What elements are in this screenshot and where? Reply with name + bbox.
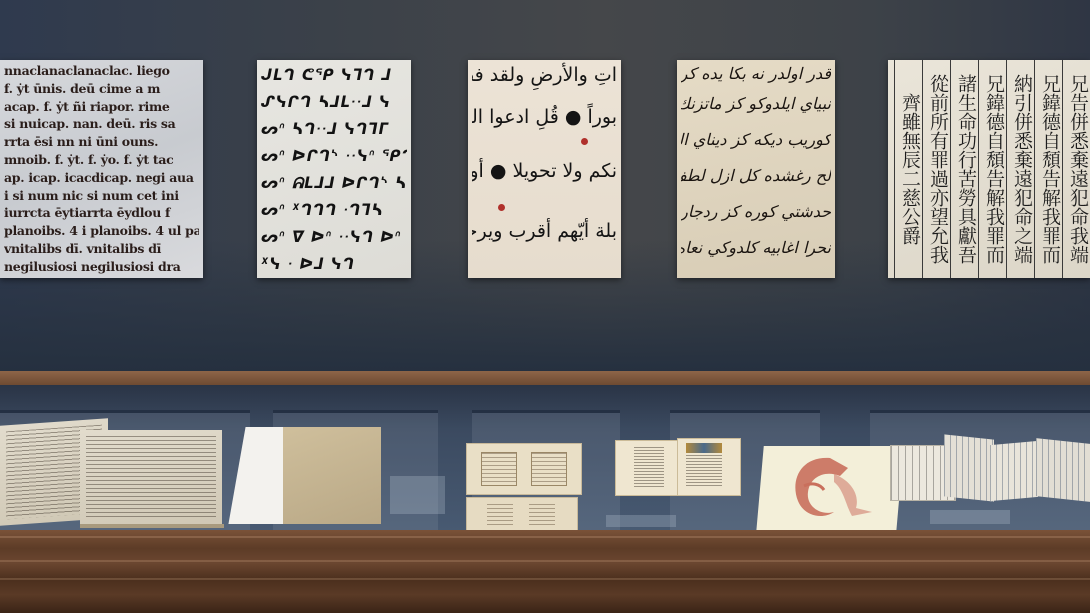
ottoman-manuscript-panel: قدر اولدر نه بكا يده كرده او نبياي ايلدو… <box>677 60 835 278</box>
text-line: negilusiosi negilusiosi dra <box>4 258 199 276</box>
text-line: i si num nic si num cet ini <box>4 187 199 205</box>
text-column: 納引併悉棄遠犯命之端 <box>1006 60 1034 278</box>
text-line: حدشتي كوره كز ردجاردبه <box>681 194 831 230</box>
wood-highlight <box>0 560 1090 562</box>
text-line: لح رغشده كل ازل لطف <box>681 158 831 194</box>
case-wooden-base <box>0 530 1090 613</box>
exhibit-label <box>606 515 676 527</box>
text-line: ᔕᐢ ᐁ ᐅᐢ ᐧᐧᓭᒉ ᐅᐢ <box>261 224 407 251</box>
chinese-woodblock-panel: 兄告併悉棄遠犯命我端 兄鍏德自頹告解我罪而 納引併悉棄遠犯命之端 兄鍏德自頹告解… <box>888 60 1090 278</box>
text-column: 兄鍏德自頹告解我罪而 <box>1034 60 1062 278</box>
arabic-manuscript-leaves <box>466 443 581 531</box>
text-line: acap. f. ẏt ñi riapor. rime <box>4 98 199 116</box>
text-column: 兄告併悉棄遠犯命我端 <box>1062 60 1090 278</box>
open-codex <box>0 420 224 528</box>
text-column: 齊雖無辰二慈公爵 <box>894 60 922 278</box>
text-line: ᔕᐢ ᕁᒉᒉᒉ ᐧᒉᒣᓴ <box>261 197 407 224</box>
text-line: ᔕᐢ ᕱᒪᒧᒧ ᐅᒋᒉᔅ ᓴᐧ <box>261 170 407 197</box>
text-line: بلة أيّهم أقرب ويرجون <box>472 198 617 264</box>
text-line: نكم ولا تحويلا ● أولئ <box>472 144 617 198</box>
latin-manuscript-panel: nnaclanaclanaclac. liego f. ẏt ūnis. deū… <box>0 60 203 278</box>
illuminated-quran <box>615 438 740 496</box>
text-column: 兄鍏德自頹告解我罪而 <box>978 60 1006 278</box>
text-line: نحرا اغابيه كلدوكي نعاه <box>681 230 831 266</box>
text-line: ᔑᓭᒋᒉ ᓴᒧᒪᐧᐧᒧ ᓭ <box>261 89 407 116</box>
text-line: ᕁᓭ ᐧ ᐅᒧ ᓭᒉ <box>261 251 407 278</box>
text-column: 諸生命功行苦勞具獻吾 <box>950 60 978 278</box>
text-line: ᒍᒪᒉ ᕦᕿ ᓭᒣᒉ ᒧ <box>261 62 407 89</box>
text-line: f. ẏt ūnis. deū cime a m <box>4 80 199 98</box>
wood-highlight <box>0 536 1090 538</box>
text-line: si nuicap. nan. deū. ris sa <box>4 115 199 133</box>
case-top-rail <box>0 371 1090 385</box>
text-line: ᔕᐢ ᓴᒉᐧᐧᒧ ᓭᒉᒣᒥ <box>261 116 407 143</box>
exhibit-label <box>390 476 445 514</box>
red-verse-marker-icon <box>498 204 505 211</box>
text-line: بوراً ● قُلِ ادعوا الذين زع <box>472 90 617 144</box>
text-line: ᔕᐢ ᐅᒋᒉᔅ ᐧᐧᓭᐢ ᕿᒉ <box>261 143 407 170</box>
text-line: mnoib. f. ẏt. f. ẏo. f. ẏt tac <box>4 151 199 169</box>
text-line: ap. icap. icacdicap. negi aua <box>4 169 199 187</box>
text-line: كوريب ديكه كز ديناي الم نعا <box>681 122 831 158</box>
text-line: iurrcta ēytiarrta ēydlou f <box>4 204 199 222</box>
text-line: قدر اولدر نه بكا يده كرده او <box>681 62 831 86</box>
text-column: 從前所有罪過亦望允我 <box>922 60 950 278</box>
text-line: vnitalibs dī. vnitalibs dī <box>4 240 199 258</box>
arabic-manuscript-panel: اتِ والأرضِ ولقد فضّ بوراً ● قُلِ ادعوا … <box>468 60 621 278</box>
text-line: nnaclanaclanaclac. liego <box>4 62 199 80</box>
parchment-folio <box>237 427 387 524</box>
text-line: نبياي ايلدوكو كز ماتزنك جانا <box>681 86 831 122</box>
wood-highlight <box>0 578 1090 580</box>
exhibit-label <box>930 510 1010 524</box>
red-verse-marker-icon <box>581 138 588 145</box>
chinese-accordion-book <box>890 437 1090 503</box>
zoomorphic-calligraphy <box>760 446 900 532</box>
text-line: planoibs. 4 i planoibs. 4 ul pa <box>4 222 199 240</box>
text-line: اتِ والأرضِ ولقد فضّ <box>472 60 617 90</box>
calligraphy-figure-icon <box>760 446 900 532</box>
text-line: rrta ēsi nn ni ūni ouns. <box>4 133 199 151</box>
shorthand-manuscript-panel: ᒍᒪᒉ ᕦᕿ ᓭᒣᒉ ᒧ ᔑᓭᒋᒉ ᓴᒧᒪᐧᐧᒧ ᓭ ᔕᐢ ᓴᒉᐧᐧᒧ ᓭᒉᒣᒥ… <box>257 60 411 278</box>
